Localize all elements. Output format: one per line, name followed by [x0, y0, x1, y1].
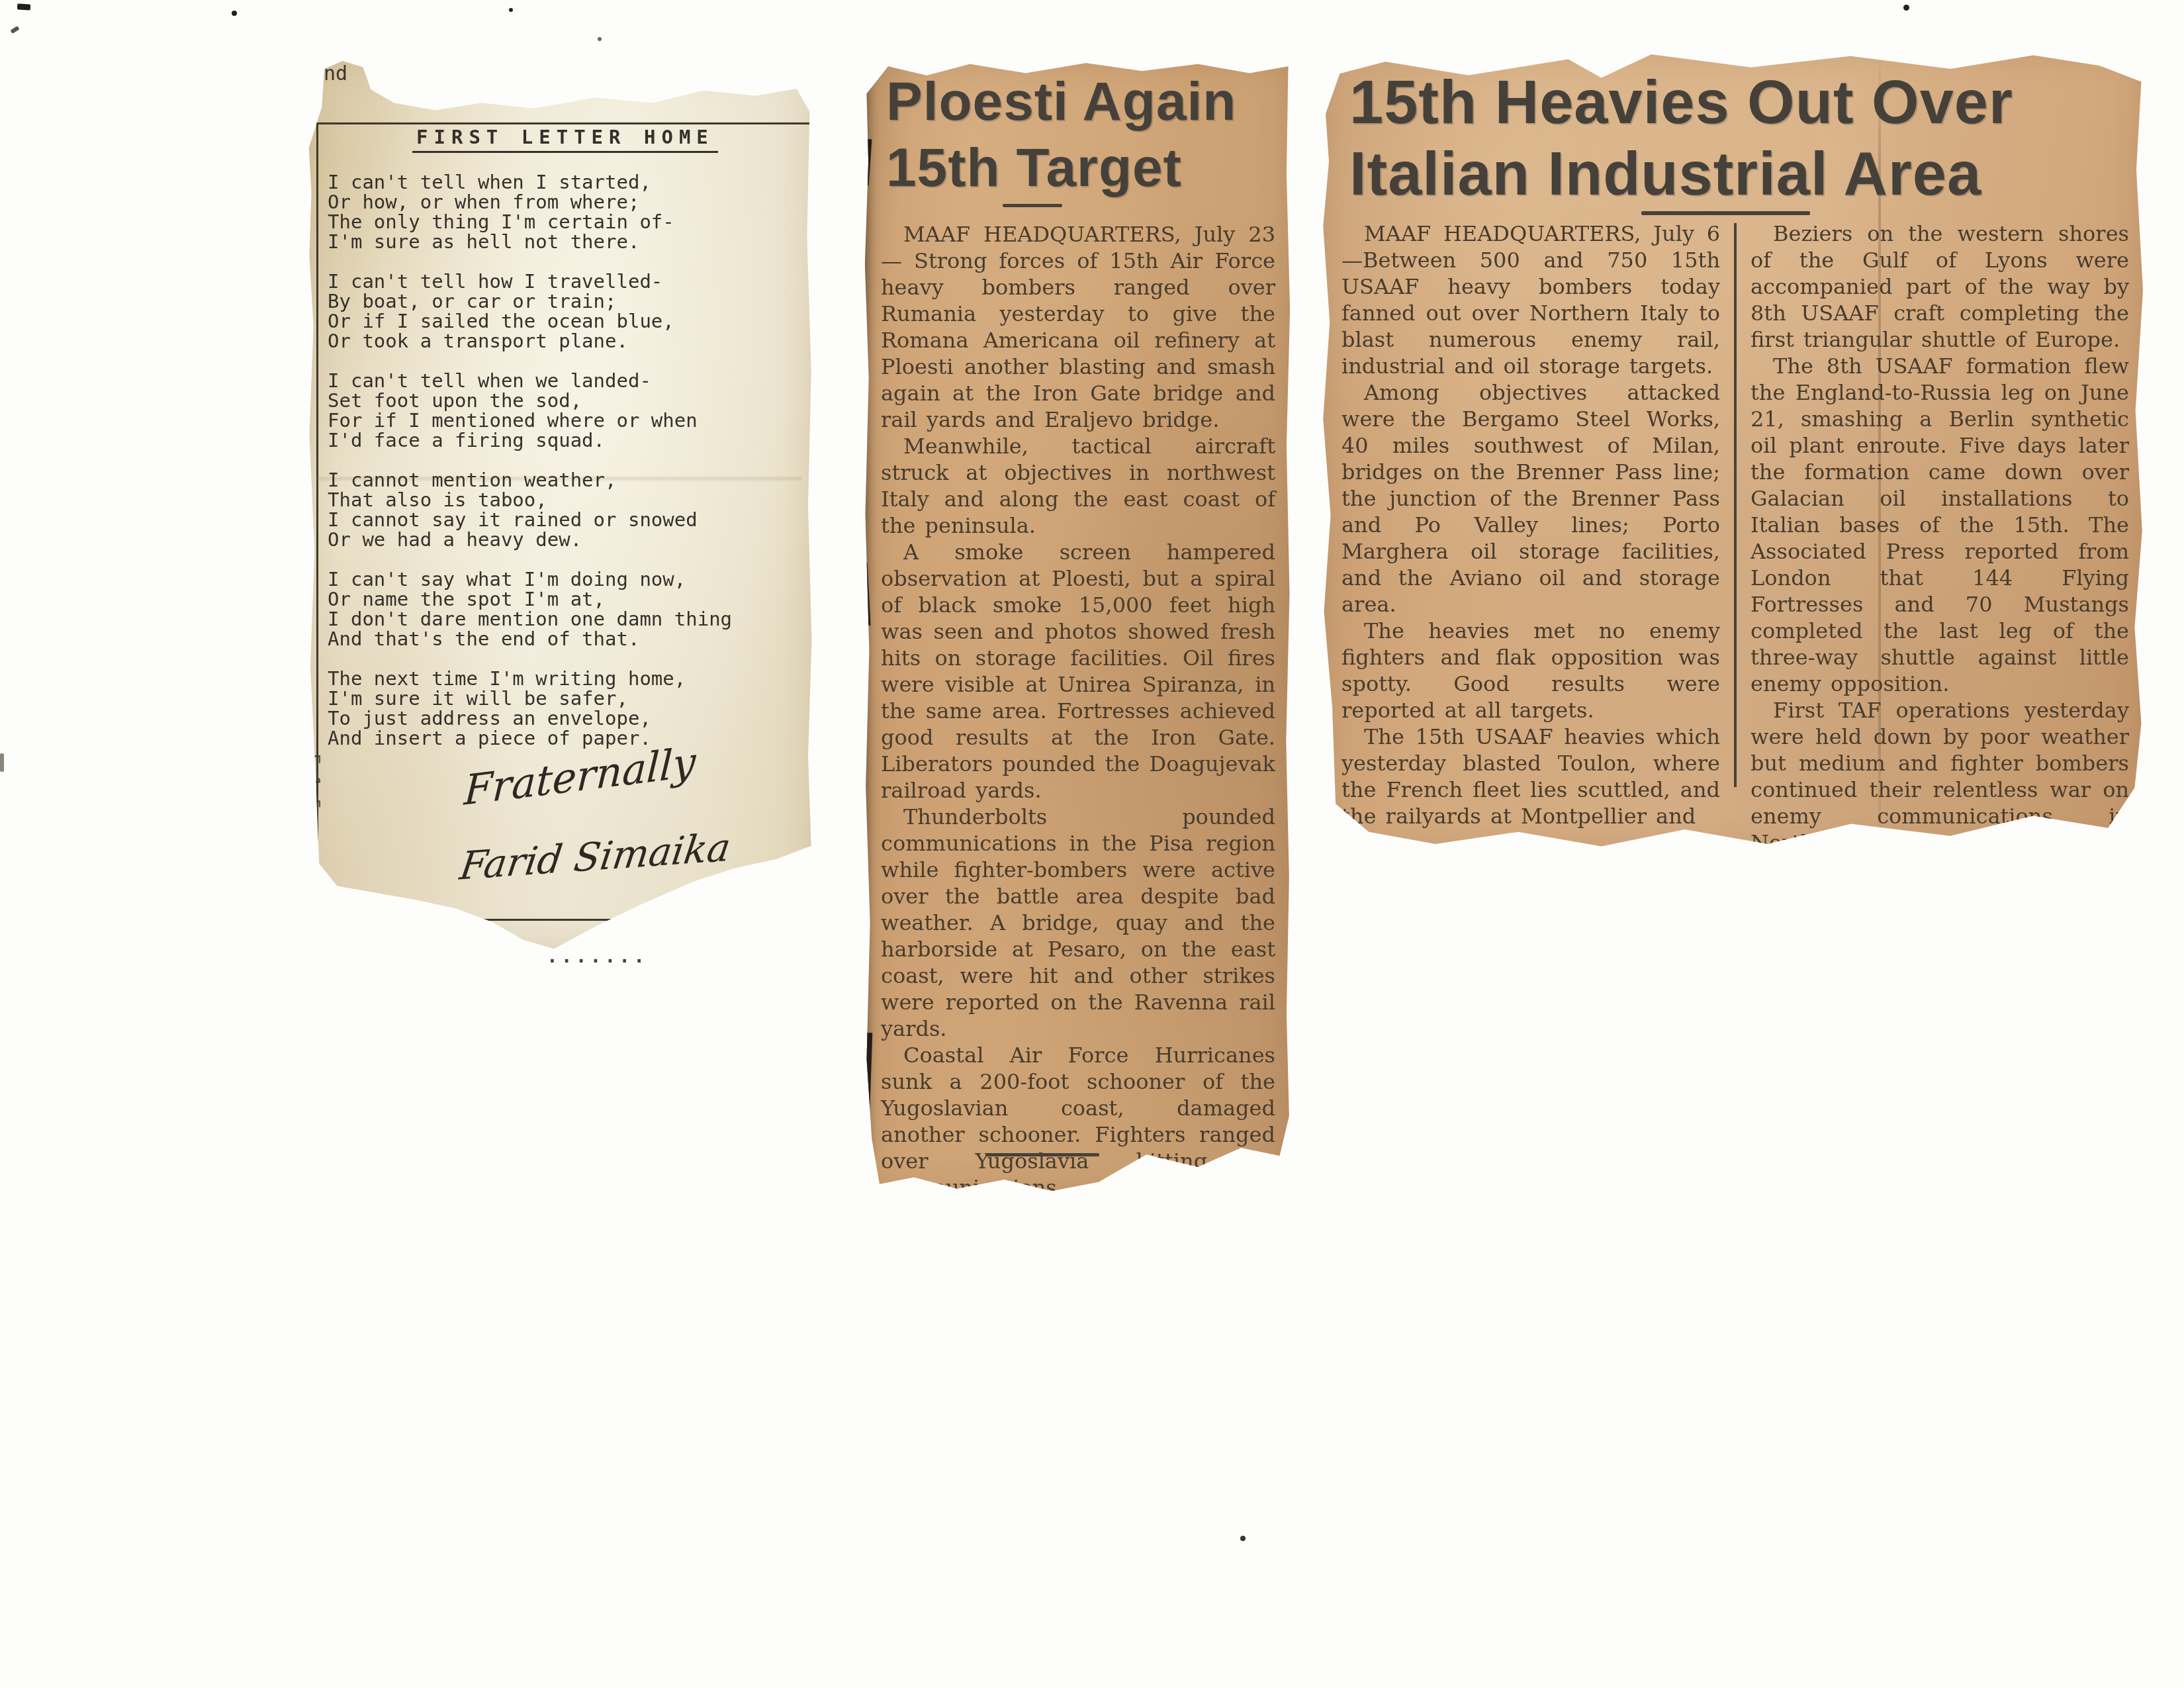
article-paragraph: The heavies met no enemy fighters and fl…	[1342, 618, 1720, 724]
poem-stanza: I cannot mention weather, That also is t…	[328, 470, 791, 549]
scanner-speck	[10, 26, 19, 34]
heavies-headline: 15th Heavies Out Over Italian Industrial…	[1349, 67, 2013, 210]
article-paragraph: Meanwhile, tactical aircraft struck at o…	[881, 433, 1275, 539]
article-paragraph: Beziers on the western shores of the Gul…	[1751, 220, 2129, 353]
ploesti-headline-line1: Ploesti Again	[886, 69, 1236, 135]
article-column-left: MAAF HEADQUARTERS, July 6—Between 500 an…	[1342, 220, 1720, 856]
poem-stanza: I can't tell when we landed- Set foot up…	[328, 371, 791, 450]
article-paragraph: MAAF HEADQUARTERS, July 6—Between 500 an…	[1342, 220, 1720, 379]
scanner-speck	[509, 8, 513, 12]
article-paragraph: First TAF operations yesterday were held…	[1751, 697, 2129, 856]
headline-divider	[1003, 204, 1062, 207]
heavies-headline-line2: Italian Industrial Area	[1349, 138, 2013, 210]
poem-stanza: I can't tell when I started, Or how, or …	[328, 172, 791, 252]
poem-title: FIRST LETTER HOME	[412, 126, 718, 153]
scanner-speck	[0, 753, 4, 772]
poem-paper: nd FIRST LETTER HOME I can't tell when I…	[301, 58, 817, 953]
newspaper-clipping-heavies: 15th Heavies Out Over Italian Industrial…	[1319, 50, 2150, 852]
torn-edge-text-fragment: nd	[324, 62, 347, 85]
torn-edge-chip	[861, 563, 871, 626]
article-paragraph: A smoke screen hampered observation at P…	[881, 539, 1275, 804]
article-column-right: Beziers on the western shores of the Gul…	[1751, 220, 2129, 856]
poem-body: I can't tell when I started, Or how, or …	[328, 172, 791, 768]
ploesti-article-body: MAAF HEADQUARTERS, July 23 — Strong forc…	[881, 221, 1275, 1201]
scanner-speck	[598, 37, 602, 41]
handwritten-signature-name: Farid Simaika	[457, 824, 734, 888]
heavies-article-body: MAAF HEADQUARTERS, July 6—Between 500 an…	[1342, 220, 2129, 856]
scanner-speck	[1240, 1536, 1246, 1541]
torn-edge-chip	[861, 139, 872, 186]
poem-stanza: I can't tell how I travelled- By boat, o…	[328, 271, 791, 351]
ploesti-headline: Ploesti Again 15th Target	[886, 69, 1236, 201]
poem-stanza: I can't say what I'm doing now, Or name …	[328, 569, 791, 649]
torn-edge-chip	[861, 1033, 873, 1119]
form-bottom-rule	[399, 919, 808, 921]
newspaper-clipping-ploesti: Ploesti Again 15th Target MAAF HEADQUART…	[862, 60, 1293, 1196]
article-paragraph: Among objectives attacked were the Berga…	[1342, 379, 1720, 618]
poem-stanza: The next time I'm writing home, I'm sure…	[328, 669, 791, 748]
headline-divider	[1641, 211, 1810, 215]
ploesti-headline-line2: 15th Target	[886, 135, 1236, 201]
article-paragraph: The 8th USAAF formation flew the England…	[1751, 353, 2129, 697]
scanner-speck	[232, 11, 237, 16]
scanner-speck	[1903, 5, 1909, 11]
article-paragraph: The 15th USAAF heavies which yesterday b…	[1342, 724, 1720, 829]
column-rule	[1734, 223, 1737, 787]
scanned-page: nd FIRST LETTER HOME I can't tell when I…	[0, 0, 2184, 1688]
form-top-rule	[316, 122, 811, 124]
heavies-headline-line1: 15th Heavies Out Over	[1349, 67, 2013, 138]
margin-vertical-text: F15	[302, 753, 323, 906]
dotted-mark: .......	[547, 945, 648, 967]
article-paragraph: Thunderbolts pounded communications in t…	[881, 804, 1275, 1042]
article-paragraph: Coastal Air Force Hurricanes sunk a 200-…	[881, 1042, 1275, 1201]
article-end-divider	[985, 1153, 1099, 1156]
article-paragraph: MAAF HEADQUARTERS, July 23 — Strong forc…	[881, 221, 1275, 433]
scanner-speck	[17, 3, 30, 10]
